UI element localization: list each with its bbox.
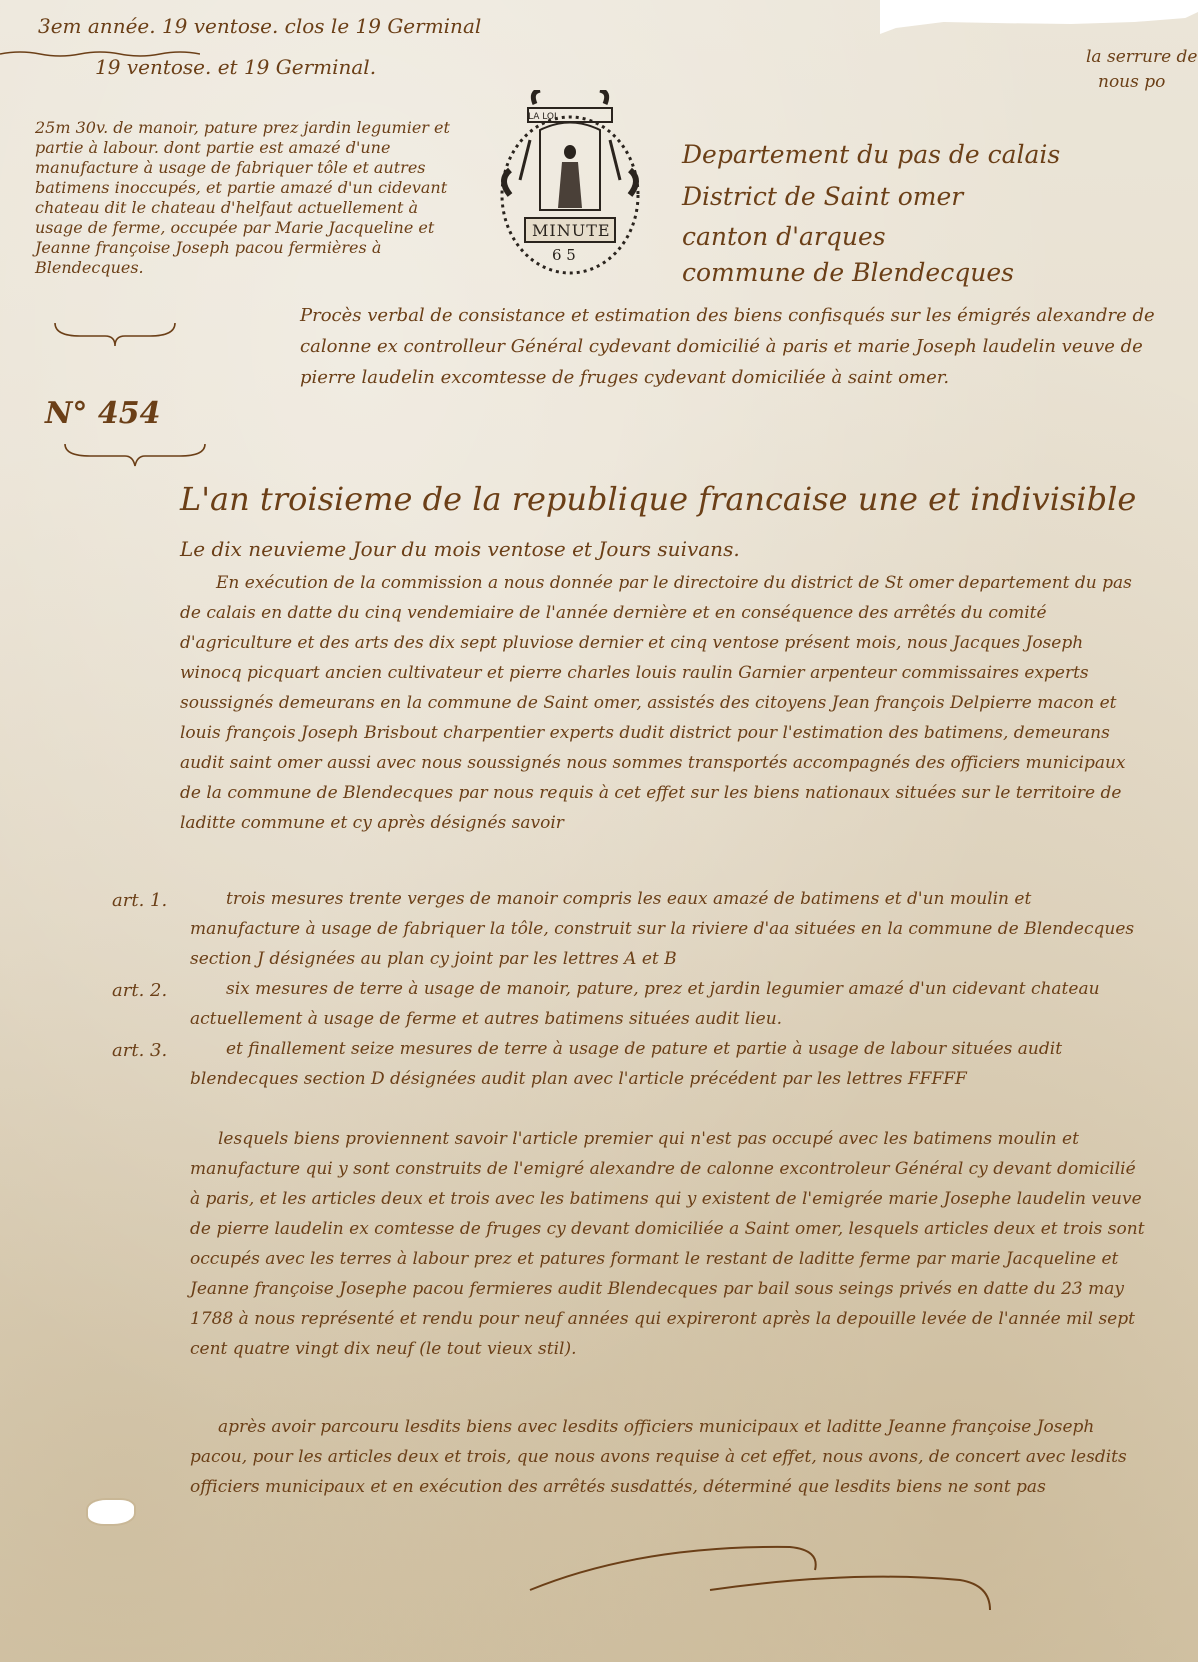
header-district: District de Saint omer <box>682 182 963 212</box>
document-title: Procès verbal de consistance et estimati… <box>300 300 1190 393</box>
article-1-text: trois mesures trente verges de manoir co… <box>190 884 1140 974</box>
top-margin-line-2: 19 ventose. et 19 Germinal. <box>95 55 376 79</box>
article-3-label: art. 3. <box>112 1040 167 1061</box>
article-2-label: art. 2. <box>112 980 167 1001</box>
numero-brace-flourish <box>60 440 210 468</box>
body-paragraph-1: En exécution de la commission a nous don… <box>180 568 1140 838</box>
stamp-banner-text: LA LOI <box>528 112 557 122</box>
header-canton: canton d'arques <box>682 222 886 252</box>
opening-line-1: L'an troisieme de la republique francais… <box>180 480 1136 518</box>
margin-summary-note: 25m 30v. de manoir, pature prez jardin l… <box>35 118 465 278</box>
stamp-number: 6 5 <box>552 246 576 264</box>
brace-flourish <box>50 318 180 348</box>
paper-hole <box>88 1500 134 1524</box>
manuscript-page: 3em année. 19 ventose. clos le 19 Germin… <box>0 0 1198 1662</box>
header-commune: commune de Blendecques <box>682 258 1014 288</box>
opening-line-2: Le dix neuvieme Jour du mois ventose et … <box>180 537 740 561</box>
article-3-text: et finallement seize mesures de terre à … <box>190 1034 1140 1094</box>
header-department: Departement du pas de calais <box>682 140 1060 170</box>
article-1-label: art. 1. <box>112 890 167 911</box>
closing-paragraph-1: lesquels biens proviennent savoir l'arti… <box>190 1124 1150 1364</box>
top-margin-line-1: 3em année. 19 ventose. clos le 19 Germin… <box>38 14 481 38</box>
torn-paper-edge <box>880 0 1198 40</box>
closing-flourish-2 <box>700 1565 1000 1625</box>
closing-paragraph-2: après avoir parcouru lesdits biens avec … <box>190 1412 1150 1502</box>
stamp-label: MINUTE <box>532 221 611 240</box>
article-2-text: six mesures de terre à usage de manoir, … <box>190 974 1140 1034</box>
numero-value: 454 <box>98 396 161 431</box>
minute-stamp: LA LOI MINUTE 6 5 <box>490 90 650 280</box>
numero-label: N° <box>45 396 87 431</box>
top-right-note-line-2: nous po <box>1098 70 1165 94</box>
top-right-note-line-1: la serrure de <box>1086 45 1198 69</box>
